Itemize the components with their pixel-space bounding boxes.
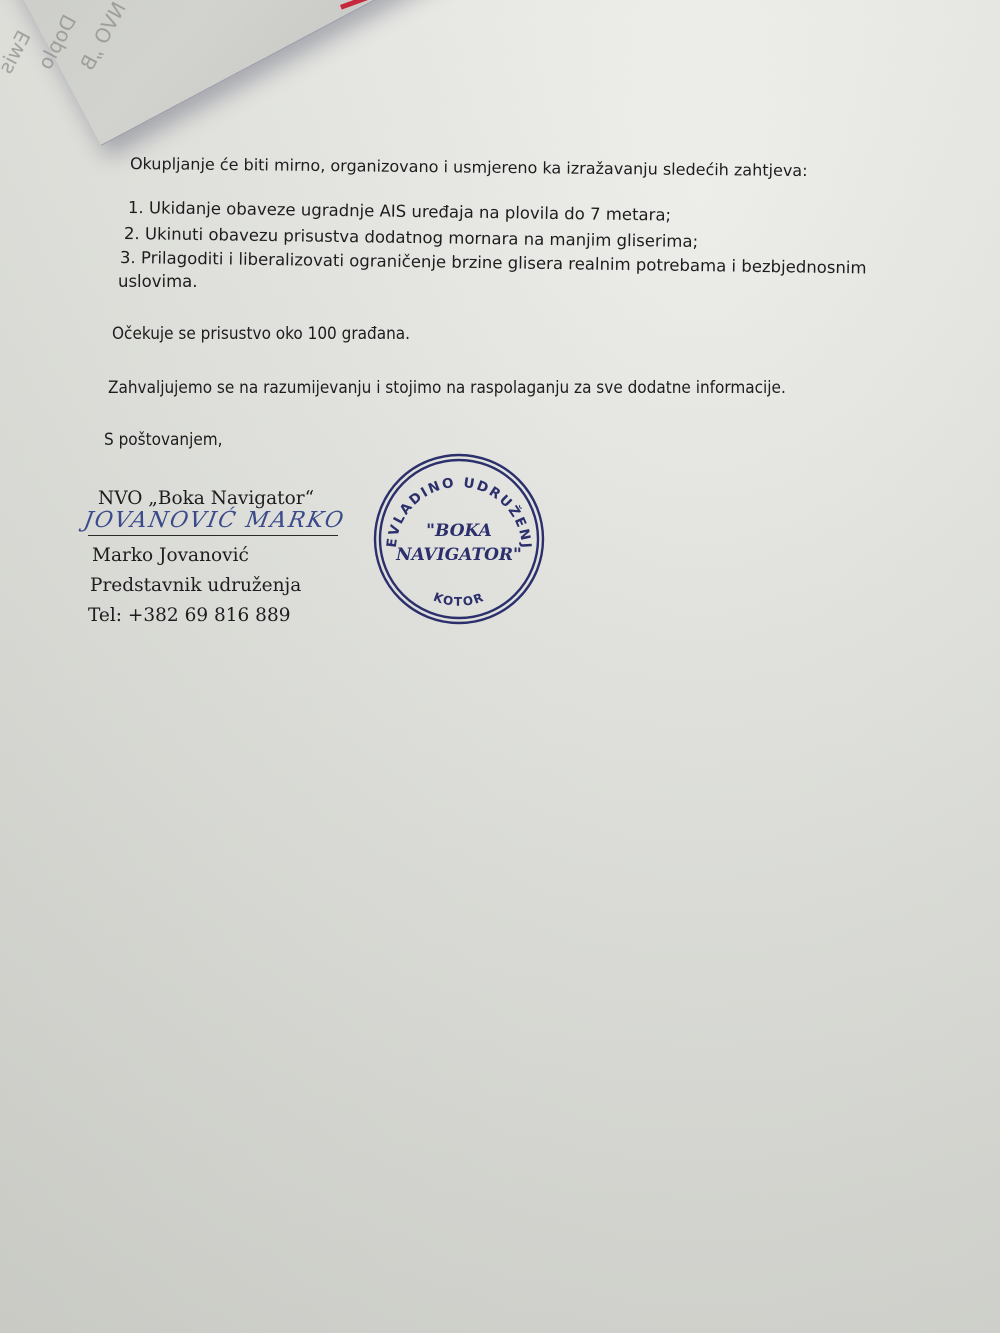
signature-line — [88, 535, 338, 536]
expected-attendance: Očekuje se prisustvo oko 100 građana. — [112, 324, 410, 344]
handwritten-signature: JOVANOVIĆ MARKO — [82, 508, 347, 533]
stamp-center-line-2: NAVIGATOR" — [395, 545, 522, 565]
stamp-center-line-1: "BOKA — [426, 521, 492, 541]
organization-stamp: NEVLADINO UDRUŽENJE "BOKA NAVIGATOR" KOT… — [372, 452, 546, 626]
signatory-name: Marko Jovanović — [92, 545, 249, 566]
phone-number: Tel: +382 69 816 889 — [88, 605, 291, 626]
closing-salutation: S poštovanjem, — [104, 430, 223, 450]
stamp-bottom-text: KOTOR — [432, 590, 487, 609]
signatory-role: Predstavnik udruženja — [90, 575, 301, 596]
organization-name: NVO „Boka Navigator“ — [98, 488, 314, 509]
thanks-paragraph: Zahvaljujemo se na razumijevanju i stoji… — [108, 378, 786, 398]
svg-text:KOTOR: KOTOR — [432, 590, 487, 609]
demand-item-continuation: uslovima. — [118, 272, 198, 291]
